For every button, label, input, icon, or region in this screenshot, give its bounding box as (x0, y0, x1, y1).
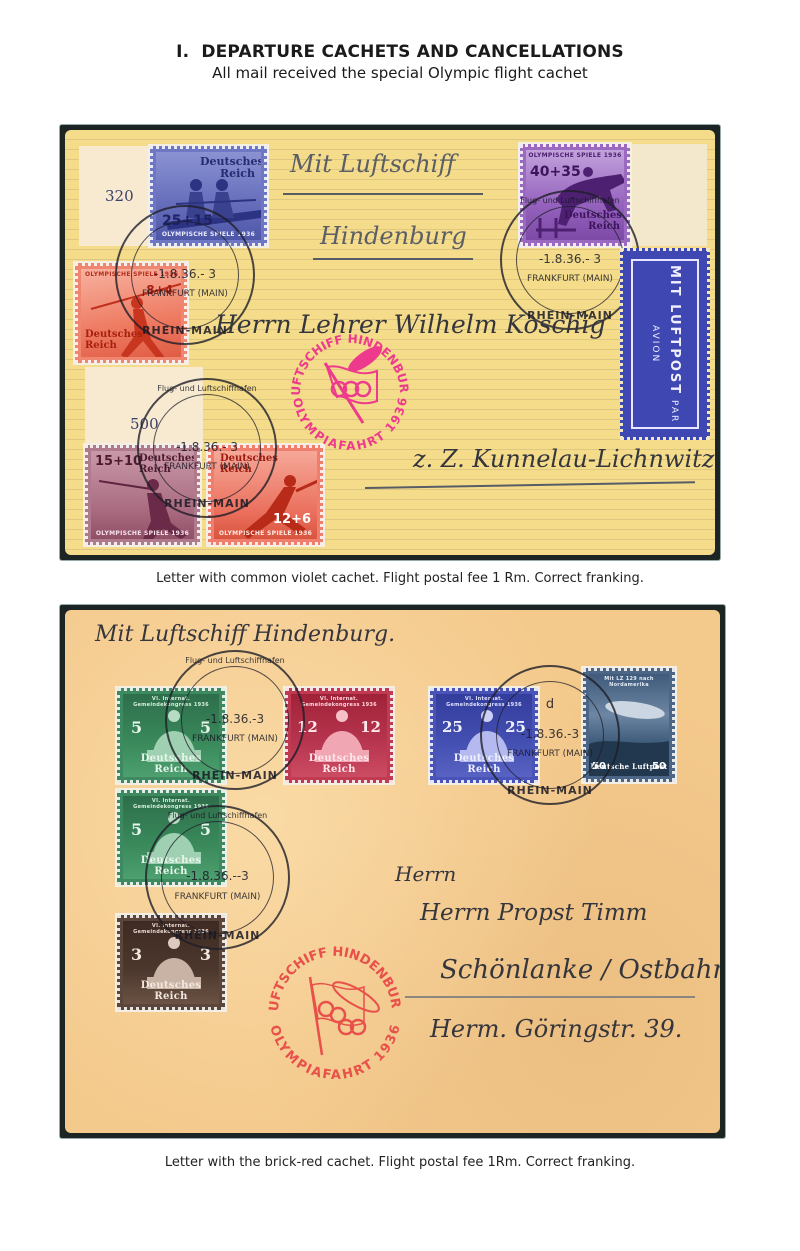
postmark-name: Flug- und Luftschiffhafen (167, 656, 303, 665)
postmark-date: -1.8.36.- 3 (117, 267, 253, 281)
cover-2-caption: Letter with the brick-red cachet. Flight… (0, 1155, 800, 1170)
postmark-name: Flug- und Luftschiffhafen (502, 196, 638, 205)
cover-1-envelope: 320 Deutsches Reich 25+15 OLYMPISCHE SPI… (65, 130, 715, 555)
underline-1 (283, 193, 483, 195)
stamp-footer: Deutsches Reich (123, 980, 219, 1002)
postmark-date: -1.8.36.-3 (482, 727, 618, 741)
postmark-name: Flug- und Luftschiffhafen (147, 811, 288, 820)
postmark-region: RHEIN-MAIN (167, 769, 303, 782)
sheet-selvage-right (625, 144, 707, 246)
stamp-footer: OLYMPISCHE SPIELE 1936 (91, 530, 194, 537)
svg-text:OLYMPIAFAHRT 1936: OLYMPIAFAHRT 1936 (266, 1023, 403, 1083)
handwriting-line-1: Mit Luftschiff (290, 150, 455, 178)
postmark-date: -1.8.36.- 3 (502, 252, 638, 266)
handwriting-address-2: Herrn Propst Timm (420, 900, 648, 926)
postmark-code: d (482, 697, 618, 712)
airmail-label: MIT LUFTPOST PAR AVION (620, 248, 710, 440)
postmark-frankfurt-4: Flug- und Luftschiffhafen -1.8.36.-3 FRA… (165, 650, 305, 790)
postmark-frankfurt-5: d -1.8.36.-3 FRANKFURT (MAIN) RHEIN-MAIN (480, 665, 620, 805)
underline-2 (313, 258, 473, 260)
stamp-footer: OLYMPISCHE SPIELE 1936 (214, 530, 317, 537)
handwriting-address-1: Herrn (395, 862, 456, 886)
underline-3 (365, 481, 695, 488)
stamp-value: 12+6 (273, 512, 311, 527)
postmark-city: FRANKFURT (MAIN) (167, 734, 303, 744)
handwriting-location: z. Z. Kunnelau-Lichnwitz (413, 445, 714, 473)
cachet-hindenburg-violet: LUFTSCHIFF HINDENBURG OLYMPIAFAHRT 1936 (285, 323, 415, 453)
postmark-region: RHEIN-MAIN (482, 784, 618, 797)
page-header: I.DEPARTURE CACHETS AND CANCELLATIONS Al… (0, 42, 800, 82)
section-title: DEPARTURE CACHETS AND CANCELLATIONS (201, 42, 624, 62)
postmark-date: -1.8.36.-3 (167, 712, 303, 726)
postmark-city: FRANKFURT (MAIN) (502, 274, 638, 284)
handwriting-line-2: Hindenburg (320, 222, 467, 250)
postmark-frankfurt-3: Flug- und Luftschiffhafen -1.8.36.- 3 FR… (137, 378, 277, 518)
postmark-city: FRANKFURT (MAIN) (147, 892, 288, 902)
address-underline (405, 996, 695, 998)
cover-2-mount: Mit Luftschiff Hindenburg. VI. Internat.… (60, 605, 725, 1138)
postmark-region: RHEIN-MAIN (139, 497, 275, 510)
section-number: I. (176, 42, 189, 62)
postmark-frankfurt-6: Flug- und Luftschiffhafen -1.8.36.--3 FR… (145, 805, 290, 950)
postmark-city: FRANKFURT (MAIN) (117, 289, 253, 299)
cover-2-envelope: Mit Luftschiff Hindenburg. VI. Internat.… (65, 610, 720, 1133)
svg-text:LUFTSCHIFF HINDENBURG: LUFTSCHIFF HINDENBURG (255, 924, 403, 1012)
cachet-bottom-text: OLYMPIAFAHRT 1936 (266, 1023, 403, 1083)
handwriting-address-3: Schönlanke / Ostbahn. (440, 955, 720, 985)
postmark-date: -1.8.36.--3 (147, 869, 288, 883)
stamp-footer: Deutsches Reich (291, 753, 387, 775)
stamp-value-right: 50 (652, 761, 666, 772)
selvage-number: 320 (105, 187, 134, 205)
cachet-hindenburg-brick-red: LUFTSCHIFF HINDENBURG OLYMPIAFAHRT 1936 (260, 935, 410, 1085)
olympic-flight-cachet-icon: LUFTSCHIFF HINDENBURG OLYMPIAFAHRT 1936 (285, 323, 415, 453)
postmark-name: Flug- und Luftschiffhafen (139, 384, 275, 393)
olympic-flight-cachet-icon: LUFTSCHIFF HINDENBURG OLYMPIAFAHRT 1936 (260, 935, 410, 1085)
cover-1-caption: Letter with common violet cachet. Flight… (0, 571, 800, 586)
postmark-city: FRANKFURT (MAIN) (482, 749, 618, 759)
postmark-frankfurt-2: Flug- und Luftschiffhafen -1.8.36.- 3 FR… (500, 190, 640, 330)
page-title: I.DEPARTURE CACHETS AND CANCELLATIONS (0, 42, 800, 62)
postmark-city: FRANKFURT (MAIN) (139, 462, 275, 472)
cachet-top-text: LUFTSCHIFF HINDENBURG (255, 924, 403, 1012)
handwriting-address-4: Herm. Göringstr. 39. (430, 1015, 682, 1043)
postmark-date: -1.8.36.- 3 (139, 440, 275, 454)
page-subtitle: All mail received the special Olympic fl… (0, 64, 800, 82)
airmail-label-line1: MIT LUFTPOST (667, 265, 682, 395)
cover-1-mount: 320 Deutsches Reich 25+15 OLYMPISCHE SPI… (60, 125, 720, 560)
handwriting-routing: Mit Luftschiff Hindenburg. (95, 622, 395, 647)
